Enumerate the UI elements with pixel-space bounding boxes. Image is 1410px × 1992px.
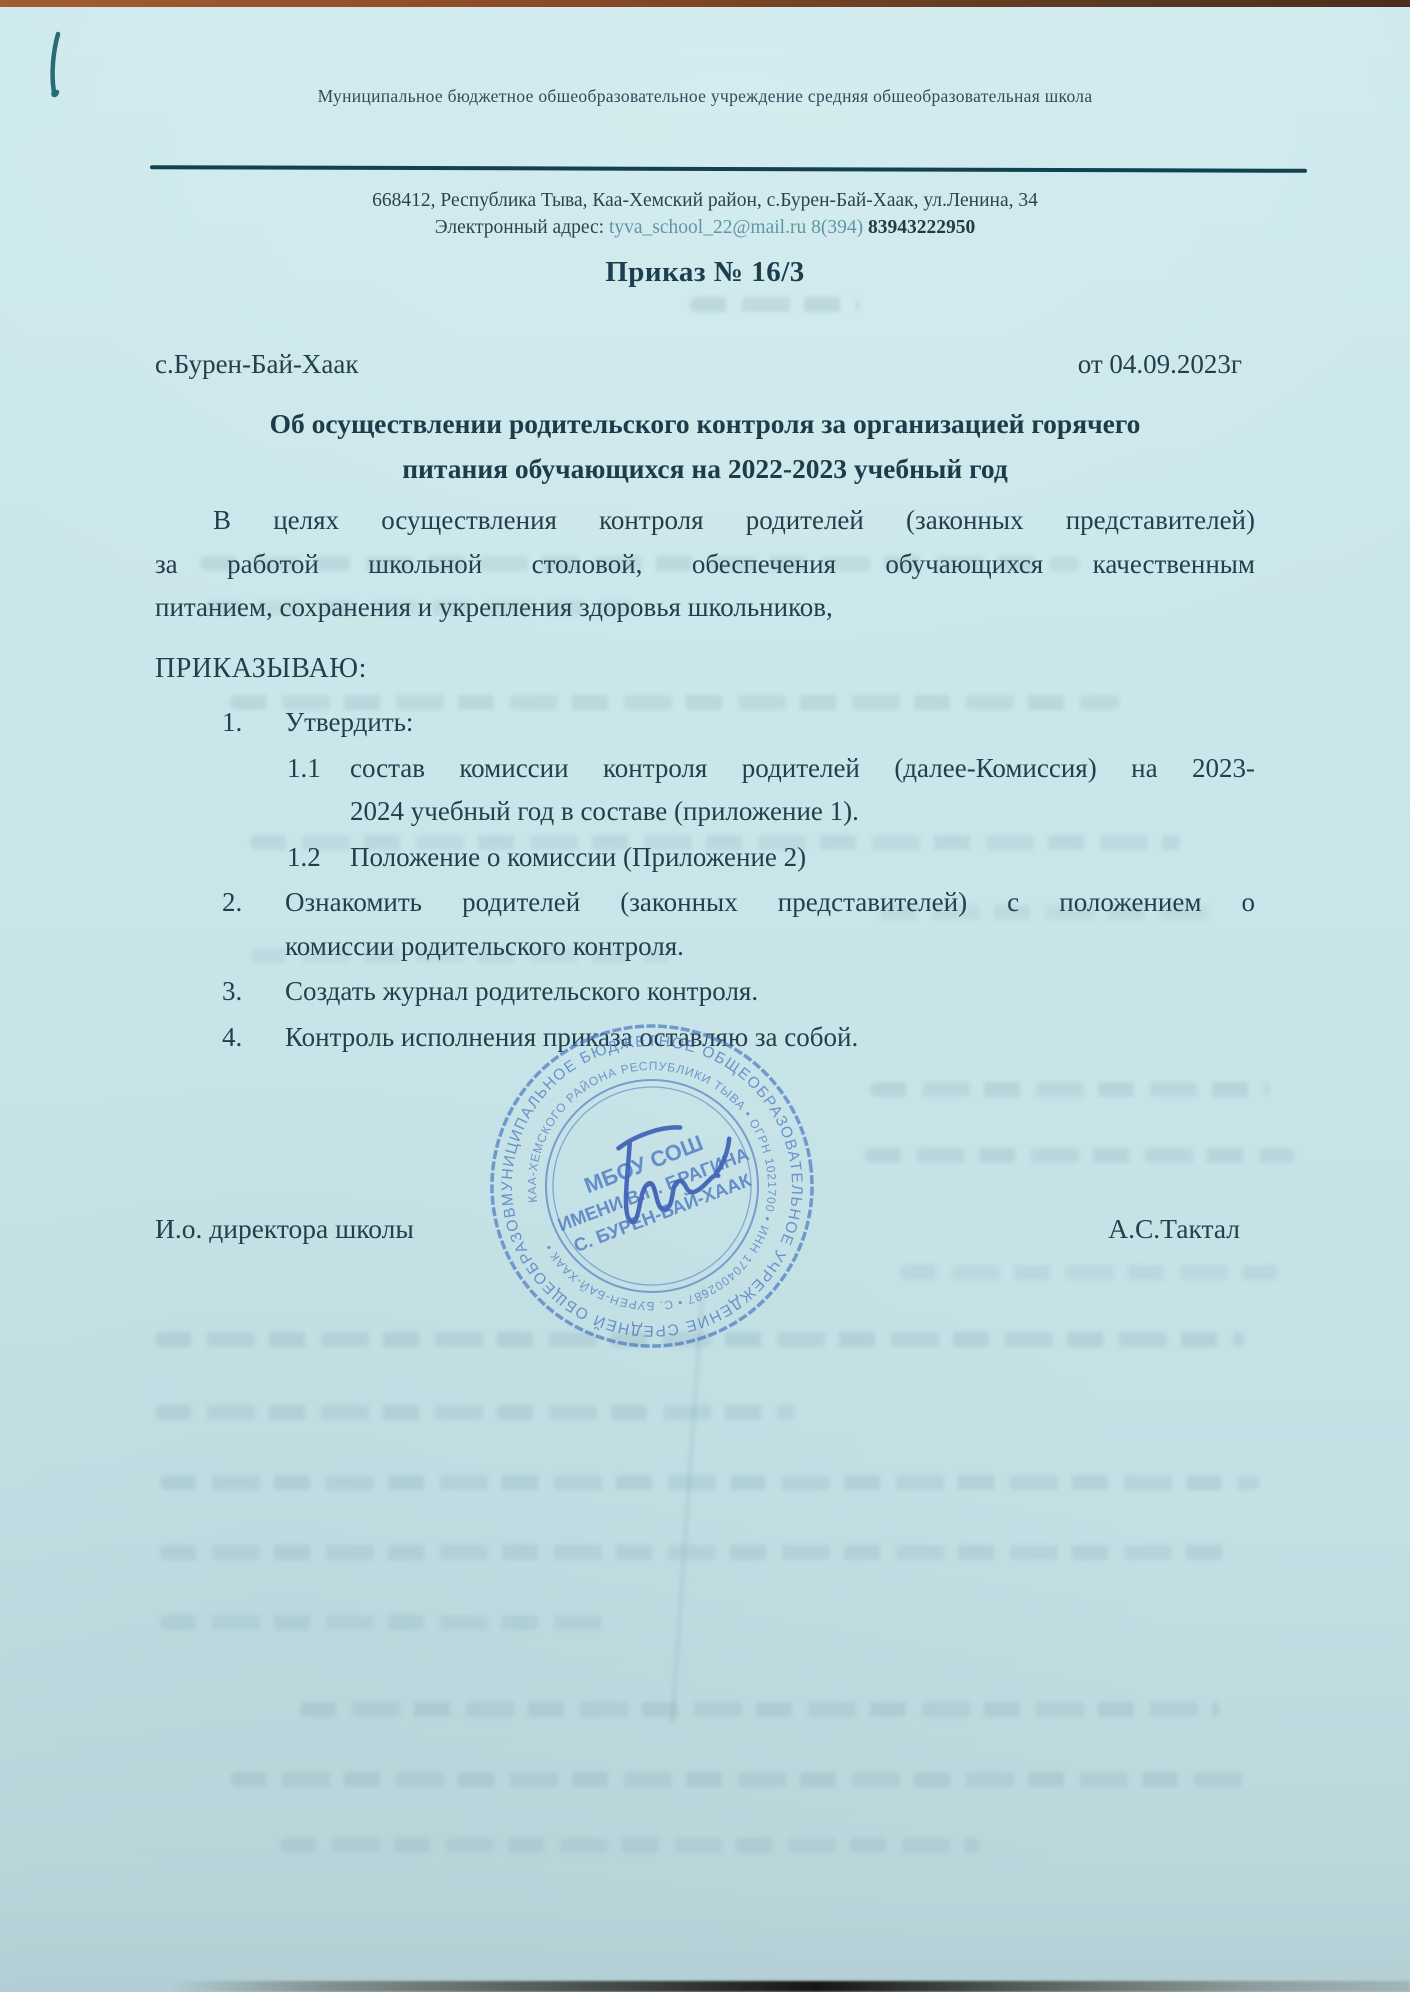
bleedthrough-line bbox=[280, 1838, 980, 1853]
list-item: 1. Утвердить: bbox=[222, 701, 1255, 745]
list-item: 2. Ознакомить родителей (законных предст… bbox=[222, 881, 1255, 968]
bleedthrough-line bbox=[300, 1702, 1220, 1717]
signature-row: И.о. директора школы А.С.Тактал bbox=[155, 1213, 1240, 1245]
item-text-line: состав комиссии контроля родителей (дале… bbox=[350, 747, 1255, 791]
bleedthrough-line bbox=[900, 1265, 1280, 1280]
org-contact-line: Электронный адрес: tyva_school_22@mail.r… bbox=[0, 217, 1410, 239]
preamble-line: питанием, сохранения и укрепления здоров… bbox=[155, 586, 1255, 630]
scanned-document-photo: Муниципальное бюджетное обшеобразователь… bbox=[0, 0, 1410, 1992]
order-date: от 04.09.2023г bbox=[1078, 349, 1242, 380]
item-number: 2. bbox=[222, 881, 285, 968]
signer-role: И.о. директора школы bbox=[155, 1213, 414, 1245]
subject-line: Об осуществлении родительского контроля … bbox=[0, 401, 1410, 446]
org-address: 668412, Республика Тыва, Каа-Хемский рай… bbox=[0, 190, 1410, 212]
org-name-header: Муниципальное бюджетное обшеобразователь… bbox=[0, 86, 1410, 107]
school-round-stamp: МУНИЦИПАЛЬНОЕ БЮДЖЕТНОЕ ОБЩЕОБРАЗОВАТЕЛЬ… bbox=[455, 989, 848, 1382]
bleedthrough-line bbox=[690, 297, 860, 312]
decree-word: ПРИКАЗЫВАЮ: bbox=[155, 653, 367, 685]
item-text-line: 2024 учебный год в составе (приложение 1… bbox=[350, 790, 1255, 834]
item-text-line: Ознакомить родителей (законных представи… bbox=[285, 881, 1255, 925]
order-number-title: Приказ № 16/3 bbox=[0, 256, 1410, 289]
place-name: с.Бурен-Бай-Хаак bbox=[155, 349, 359, 380]
email-label: Электронный адрес: bbox=[435, 217, 609, 238]
bleedthrough-line bbox=[865, 1148, 1295, 1163]
item-text: Ознакомить родителей (законных представи… bbox=[285, 881, 1255, 968]
bleedthrough-line bbox=[160, 1545, 1240, 1560]
bleedthrough-line bbox=[155, 1405, 795, 1420]
list-item: 1.1 состав комиссии контроля родителей (… bbox=[287, 747, 1255, 834]
list-item: 1.2 Положение о комиссии (Приложение 2) bbox=[287, 836, 1255, 880]
signer-name: А.С.Тактал bbox=[1108, 1213, 1240, 1245]
item-text: состав комиссии контроля родителей (дале… bbox=[350, 747, 1255, 834]
item-number: 1. bbox=[222, 701, 285, 745]
scan-background-edge-top bbox=[0, 0, 1410, 7]
order-subject: Об осуществлении родительского контроля … bbox=[0, 401, 1410, 491]
item-number: 3. bbox=[222, 970, 285, 1014]
bleedthrough-line bbox=[230, 1772, 1250, 1787]
preamble-paragraph: В целях осуществления контроля родителей… bbox=[155, 499, 1255, 630]
item-text-line: комиссии родительского контроля. bbox=[285, 925, 1255, 969]
preamble-line: В целях осуществления контроля родителей… bbox=[155, 499, 1255, 543]
item-number: 1.1 bbox=[287, 747, 350, 834]
bleedthrough-line bbox=[160, 1475, 1260, 1490]
subject-line: питания обучающихся на 2022-2023 учебный… bbox=[0, 446, 1410, 491]
item-number: 4. bbox=[222, 1016, 285, 1060]
bleedthrough-line bbox=[870, 1082, 1270, 1097]
scan-shadow-edge-bottom bbox=[170, 1981, 1410, 1992]
phone-number: 83943222950 bbox=[863, 217, 975, 238]
item-text: Положение о комиссии (Приложение 2) bbox=[350, 836, 1255, 880]
bleedthrough-line bbox=[160, 1615, 610, 1630]
place-date-row: с.Бурен-Бай-Хаак от 04.09.2023г bbox=[155, 349, 1242, 380]
item-text: Утвердить: bbox=[285, 701, 1255, 745]
item-number: 1.2 bbox=[287, 836, 350, 880]
email-address: tyva_school_22@mail.ru 8(394) bbox=[609, 217, 863, 238]
preamble-line: за работой школьной столовой, обеспечени… bbox=[155, 543, 1255, 587]
